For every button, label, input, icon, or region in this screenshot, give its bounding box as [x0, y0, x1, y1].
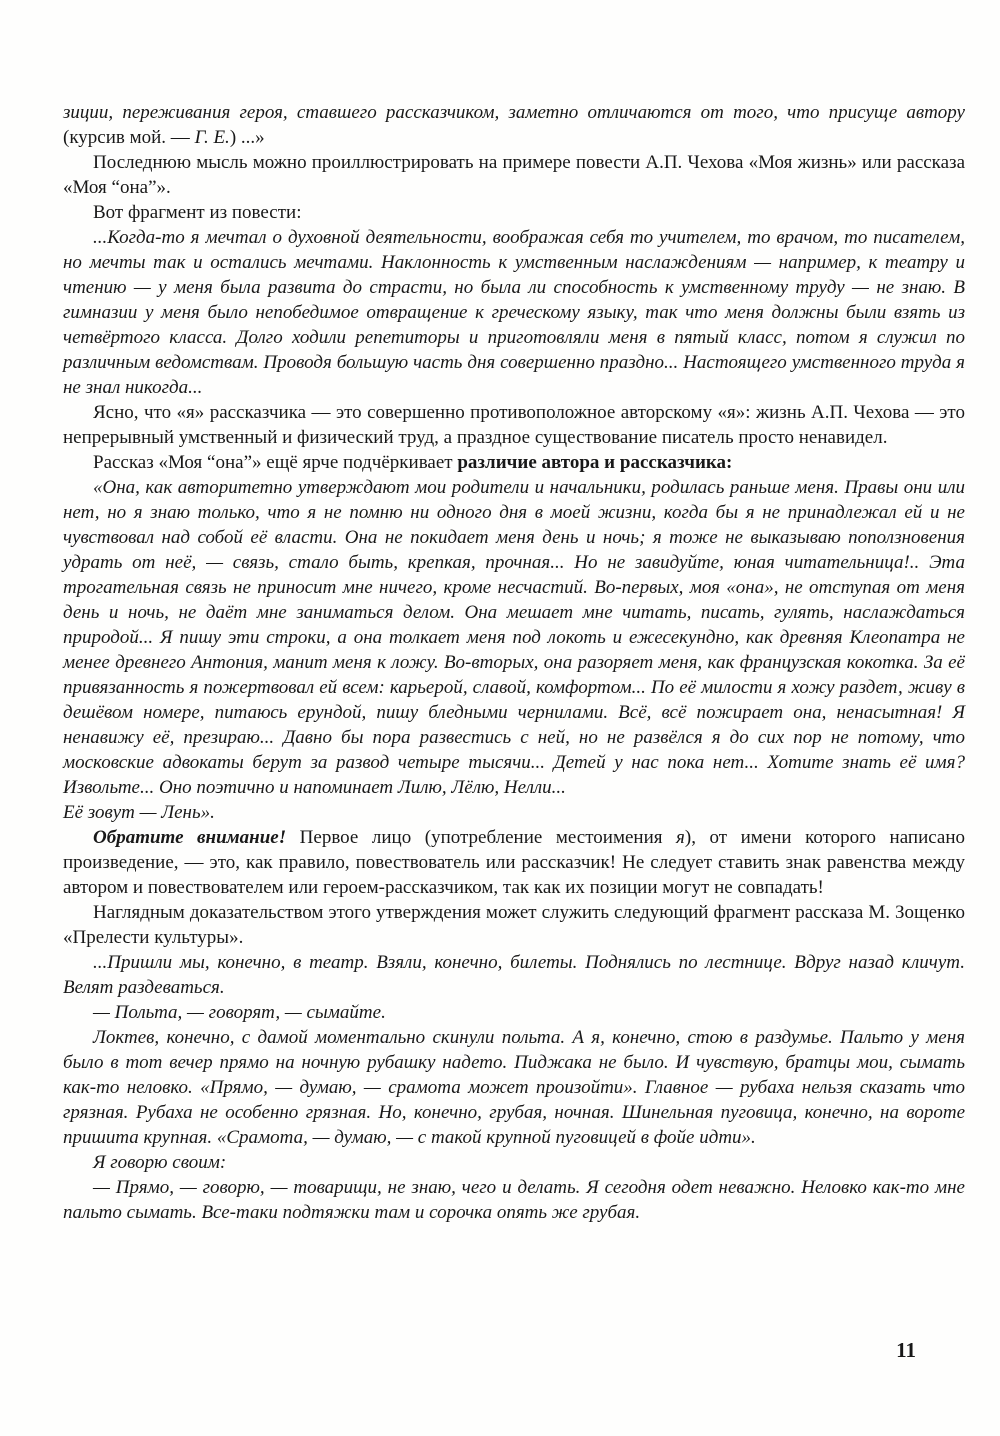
paragraph-my-ona-quote: «Она, как авторитетно утверждают мои род… — [63, 475, 965, 800]
paragraph-zoshchenko-quote-5: — Прямо, — говорю, — товарищи, не знаю, … — [63, 1175, 965, 1225]
text-block: зиции, переживания героя, ставшего расск… — [63, 100, 965, 1225]
note-lead-bold-italic: Обратите внимание! — [93, 827, 286, 848]
paragraph-zoshchenko-quote-1: ...Пришли мы, конечно, в театр. Взяли, к… — [63, 950, 965, 1000]
paragraph-note: Обратите внимание! Первое лицо (употребл… — [63, 825, 965, 900]
book-page: зиции, переживания героя, ставшего расск… — [0, 0, 1000, 1436]
quote-continuation-roman-b: ) ...» — [230, 127, 265, 148]
paragraph-her-name: Её зовут — Лень». — [63, 800, 965, 825]
paragraph-my-ona-lead: Рассказ «Моя “она”» ещё ярче подчёркивае… — [63, 450, 965, 475]
paragraph-chekhov-intro: Последнюю мысль можно проиллюстрировать … — [63, 150, 965, 200]
my-ona-lead-roman: Рассказ «Моя “она”» ещё ярче подчёркивае… — [93, 452, 457, 473]
author-initials: Г. Е. — [195, 127, 230, 148]
note-roman-a: Первое лицо (употребление местоимения — [286, 827, 676, 848]
paragraph-zoshchenko-quote-2: — Польта, — говорят, — сымайте. — [63, 1000, 965, 1025]
paragraph-zoshchenko-intro: Наглядным доказательством этого утвержде… — [63, 900, 965, 950]
paragraph-fragment-lead: Вот фрагмент из повести: — [63, 200, 965, 225]
paragraph-chekhov-my-life-quote: ...Когда-то я мечтал о духовной деятельн… — [63, 225, 965, 400]
paragraph-quote-continuation: зиции, переживания героя, ставшего расск… — [63, 100, 965, 150]
paragraph-zoshchenko-quote-3: Локтев, конечно, с дамой моментально ски… — [63, 1025, 965, 1150]
note-pronoun-italic: я — [676, 827, 685, 848]
paragraph-zoshchenko-quote-4: Я говорю своим: — [63, 1150, 965, 1175]
page-number: 11 — [896, 1338, 916, 1363]
paragraph-commentary-author-vs-narrator: Ясно, что «я» рассказчика — это совершен… — [63, 400, 965, 450]
my-ona-lead-bold: различие автора и рассказчика: — [457, 452, 732, 473]
quote-continuation-italic: зиции, переживания героя, ставшего расск… — [63, 102, 965, 123]
quote-continuation-roman-a: (курсив мой. — — [63, 127, 195, 148]
